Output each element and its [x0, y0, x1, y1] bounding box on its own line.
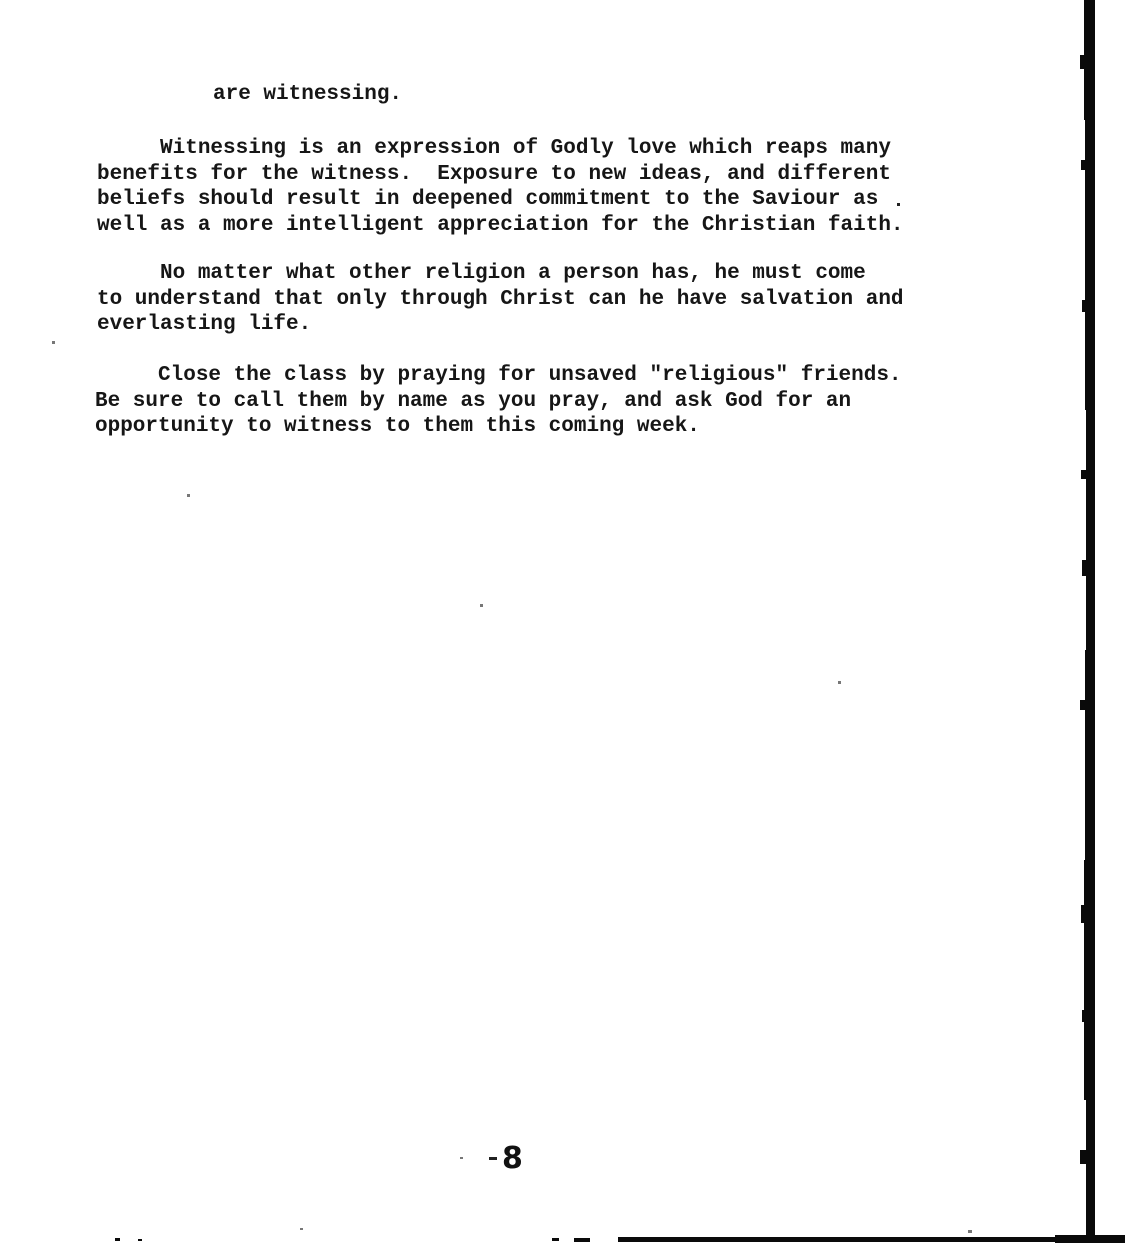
page-number: 8 — [502, 1141, 523, 1176]
scanned-document-page: are witnessing. Witnessing is an express… — [0, 0, 1125, 1243]
paragraph-witnessing-expression: Witnessing is an expression of Godly lov… — [97, 136, 904, 238]
paragraph-no-matter: No matter what other religion a person h… — [97, 261, 904, 338]
paragraph-close-the-class: Close the class by praying for unsaved "… — [95, 363, 902, 440]
continuation-line: are witnessing. — [213, 82, 402, 108]
